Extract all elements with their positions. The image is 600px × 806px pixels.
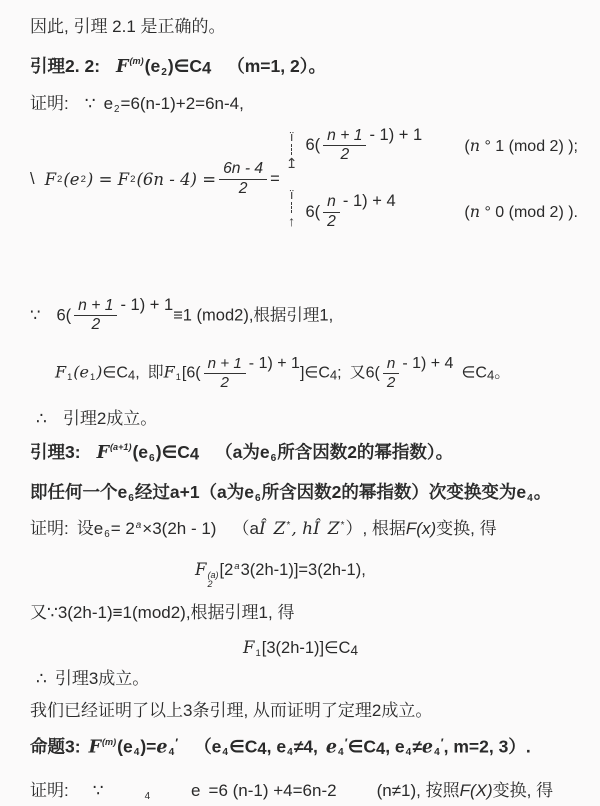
math-supsub: (a)2 <box>206 571 219 588</box>
fraction-denominator: 2 <box>219 180 267 197</box>
math-subscript: 2 <box>129 174 136 185</box>
para-conclusion-2-1: 因此, 引理 2.1 是正确的。 <box>30 16 226 37</box>
math-F: F <box>164 363 175 382</box>
case-condition: (n ° 0 (mod 2) ). <box>464 202 578 222</box>
therefore-symbol: ∴ <box>36 409 47 428</box>
brace-bottom-piece: ï↑ <box>288 188 295 228</box>
proof-label: 证明: <box>30 519 69 538</box>
also-congruence-line: 又∵3(2h-1)≡1(mod2),根据引理1, 得 <box>30 602 294 623</box>
math-token: 6( <box>306 203 321 222</box>
therefore-symbol: ∴ <box>36 669 47 688</box>
math-token: )∈C <box>168 56 202 76</box>
fraction: n2 <box>323 194 340 230</box>
because-symbol: ∵ <box>85 94 96 113</box>
fraction: n + 12 <box>323 128 366 164</box>
math-Fx: F(x) <box>406 519 436 538</box>
math-F: F <box>116 57 128 77</box>
fraction: n + 12 <box>74 298 117 334</box>
math-subscript: 2 <box>80 174 87 185</box>
math-token: ) = F <box>87 170 129 189</box>
math-token: - 1) + 4 <box>343 192 396 211</box>
math-F: F <box>45 170 56 189</box>
math-superscript: (a+1) <box>109 442 132 452</box>
lemma-3-heading: 引理3:F(a+1)(e6)∈C4（a为e6所含因数2的幂指数）。 <box>30 442 453 466</box>
case-condition: (n ° 1 (mod 2) ); <box>464 136 578 156</box>
math-token: e <box>104 94 113 113</box>
lemma-2-2-heading: 引理2. 2:F(m)(e2)∈C4（m=1, 2）。 <box>30 56 326 80</box>
math-F: F <box>97 443 109 463</box>
proof-prop-3-line: 证明:∵4e=6 (n-1) +4=6n-2(n≠1), 按照F(X)变换, 得 <box>30 780 553 803</box>
fraction: n + 12 <box>204 356 246 391</box>
math-token: =6(n-1)+2=6n-4, <box>121 94 244 113</box>
cases-brace-garbled: ï↥ ï↑ <box>286 130 298 228</box>
because-congruence-line: ∵6(n + 12- 1) + 1≡1 (mod2),根据引理1, <box>30 298 333 334</box>
proof-2-2-line: 证明:∵e2=6(n-1)+2=6n-4, <box>30 93 244 116</box>
brace-top-piece: ï↥ <box>286 130 298 170</box>
math-token: ≡1 (mod2),根据引理1, <box>173 306 333 324</box>
centered-equation-f1: F1[3(2h-1)]∈C4 <box>243 638 358 660</box>
element-of-garbled: Î <box>313 519 320 539</box>
cases-formula: \ F2(e2) = F2(6n - 4) = 6n - 42 = ï↥ ï↑ … <box>30 126 578 232</box>
math-token: - 1) + 1 <box>120 296 173 314</box>
math-F: F <box>195 560 206 579</box>
proof-3-setup-line: 证明:设e6= 2a×3(2h - 1)（aÎZ*, hÎZ*）, 根据F(x)… <box>30 518 497 541</box>
equals-sign: = <box>270 170 280 189</box>
math-token: - 1) + 1 <box>369 126 422 145</box>
proof-label: 证明: <box>30 94 69 113</box>
text-run: 因此, 引理 2.1 是正确的。 <box>30 17 226 36</box>
math-subscript: 4 <box>202 59 211 78</box>
math-subscript: 2 <box>113 104 120 115</box>
condition-text: （m=1, 2）。 <box>227 56 326 76</box>
membership-line: F1(e1)∈C4,即F1[6(n + 12- 1) + 1]∈C4;又6(n2… <box>55 356 510 391</box>
math-token: (6n - 4) = <box>136 170 216 189</box>
case-row-even: 6(n2- 1) + 4 (n ° 0 (mod 2) ). <box>306 194 579 230</box>
fraction: n2 <box>383 356 399 391</box>
stray-subscript: 4 <box>144 791 151 802</box>
math-F: F <box>243 638 254 657</box>
math-superscript: (m) <box>128 56 144 66</box>
lemma-label: 引理3: <box>30 442 81 462</box>
math-subscript: 2 <box>160 67 168 78</box>
fraction-numerator: 6n - 4 <box>219 161 267 179</box>
math-F: F <box>89 738 101 758</box>
proof-label: 证明: <box>30 781 69 800</box>
fraction: 6n - 42 <box>219 161 267 197</box>
math-token: 6( <box>306 136 321 155</box>
document-page: 因此, 引理 2.1 是正确的。 引理2. 2:F(m)(e2)∈C4（m=1,… <box>0 0 600 806</box>
math-F: F <box>55 363 66 382</box>
therefore-garbled: \ <box>30 170 35 189</box>
cases-list: 6(n + 12- 1) + 1 (n ° 1 (mod 2) ); 6(n2-… <box>306 128 579 230</box>
math-token: 6( <box>57 306 72 324</box>
lemma-3-restatement: 即任何一个e6经过a+1（a为e6所含因数2的幂指数）次变换变为e4。 <box>30 482 551 506</box>
element-of-garbled: Î <box>259 519 266 539</box>
math-FX: F(X) <box>460 781 493 800</box>
centered-equation-f2a: F(a)2[2a3(2h-1)]=3(2h-1), <box>195 560 366 588</box>
lemma-label: 引理2. 2: <box>30 56 100 76</box>
math-token: (e <box>145 56 161 76</box>
because-symbol: ∵ <box>30 306 41 324</box>
proposition-3-heading: 命题3:F(m)(e4)=e4′（e4∈C4, e4≠4,e4′∈C4, e4≠… <box>30 736 531 760</box>
because-symbol: ∵ <box>93 781 104 800</box>
math-token: (e <box>63 170 79 189</box>
case-row-odd: 6(n + 12- 1) + 1 (n ° 1 (mod 2) ); <box>306 128 579 164</box>
math-subscript: 2 <box>56 174 63 185</box>
proposition-label: 命题3: <box>30 737 81 757</box>
para-summary: 我们已经证明了以上3条引理, 从而证明了定理2成立。 <box>30 700 432 721</box>
conclusion-lemma-2: ∴引理2成立。 <box>36 408 157 429</box>
conclusion-lemma-3: ∴引理3成立。 <box>36 668 149 689</box>
